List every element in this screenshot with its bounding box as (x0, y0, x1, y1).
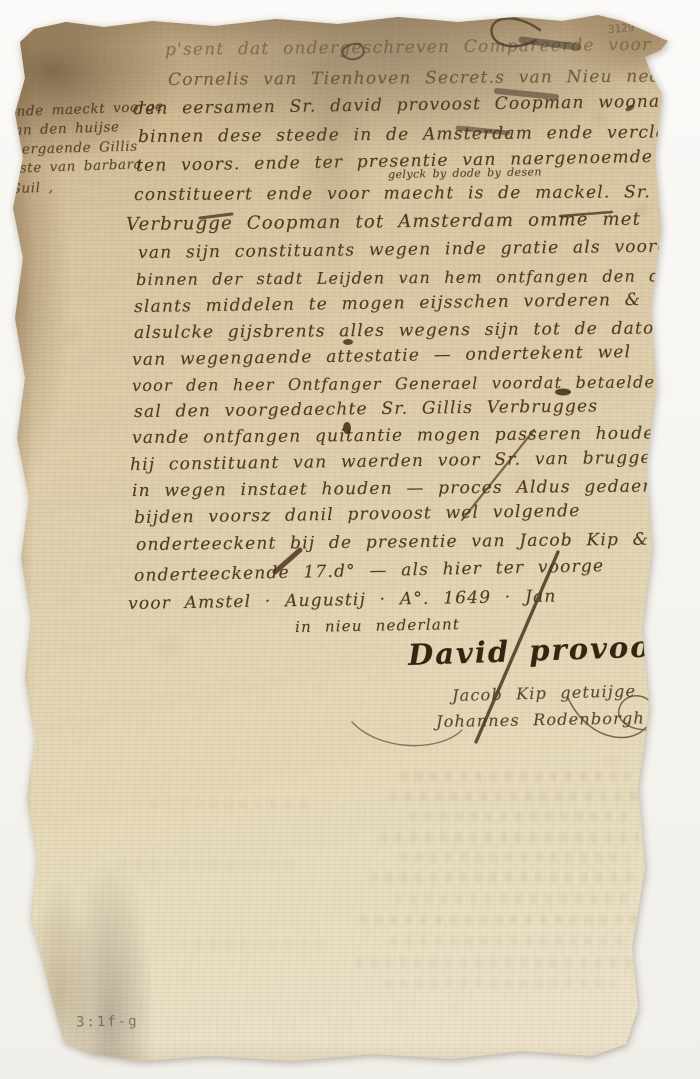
manuscript-paper: 3129 ende maeckt voorge van den huijse n… (0, 0, 700, 1079)
scan-backing: 3129 ende maeckt voorge van den huijse n… (0, 0, 700, 1079)
manuscript-paper-wrap: 3129 ende maeckt voorge van den huijse n… (0, 0, 700, 1079)
paper-vignette (0, 0, 700, 1079)
